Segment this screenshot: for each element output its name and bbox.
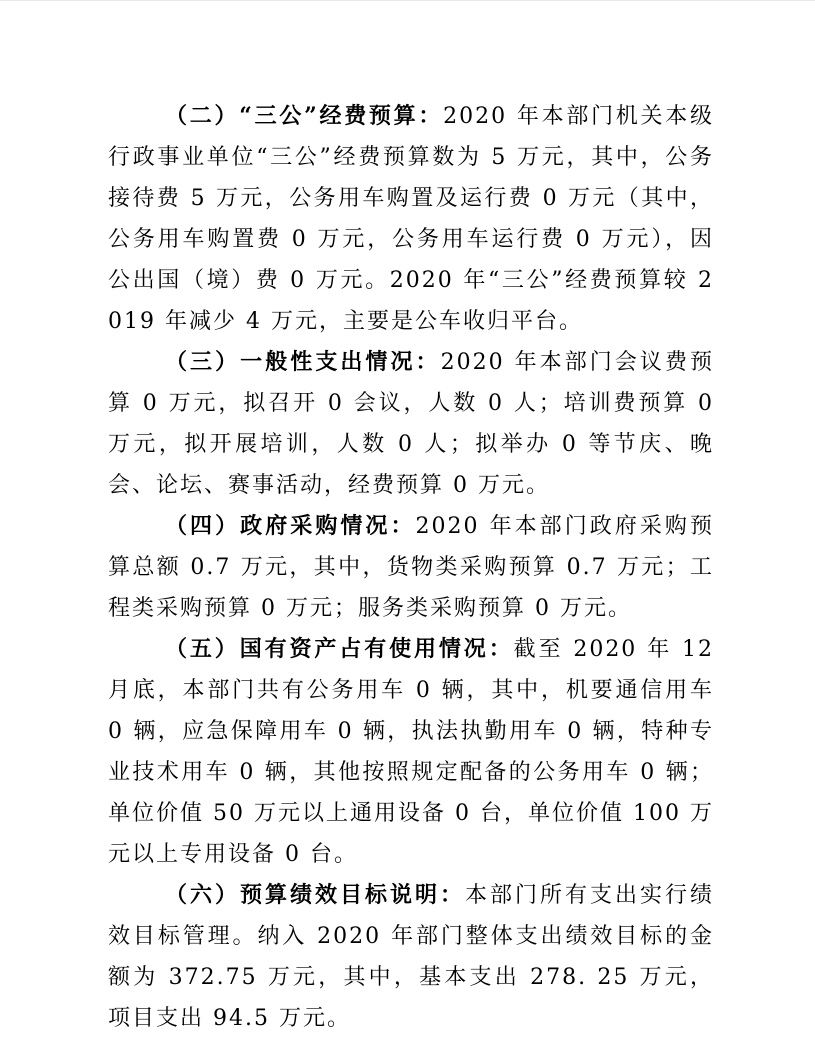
paragraph-heading: （二）“三公”经费预算： — [165, 103, 443, 129]
paragraph-heading: （五）国有资产占有使用情况： — [165, 636, 514, 662]
page-top-edge — [0, 0, 815, 1]
paragraph-government-procurement: （四）政府采购情况：2020 年本部门政府采购预算总额 0.7 万元，其中，货物… — [108, 506, 714, 629]
paragraph-sangong-budget: （二）“三公”经费预算：2020 年本部门机关本级行政事业单位“三公”经费预算数… — [108, 96, 714, 342]
paragraph-heading: （四）政府采购情况： — [165, 513, 416, 539]
paragraph-general-expenditure: （三）一般性支出情况：2020 年本部门会议费预算 0 万元，拟召开 0 会议，… — [108, 342, 714, 506]
paragraph-body: 截至 2020 年 12 月底，本部门共有公务用车 0 辆，其中，机要通信用车 … — [108, 637, 714, 867]
paragraph-state-assets: （五）国有资产占有使用情况：截至 2020 年 12 月底，本部门共有公务用车 … — [108, 629, 714, 875]
paragraph-body: 2020 年本部门机关本级行政事业单位“三公”经费预算数为 5 万元，其中，公务… — [108, 104, 714, 334]
paragraph-heading: （六）预算绩效目标说明： — [165, 882, 465, 908]
paragraph-heading: （三）一般性支出情况： — [165, 349, 441, 375]
document-page: （二）“三公”经费预算：2020 年本部门机关本级行政事业单位“三公”经费预算数… — [0, 0, 815, 1055]
paragraph-performance-targets: （六）预算绩效目标说明：本部门所有支出实行绩效目标管理。纳入 2020 年部门整… — [108, 875, 714, 1039]
document-content: （二）“三公”经费预算：2020 年本部门机关本级行政事业单位“三公”经费预算数… — [108, 96, 714, 1039]
